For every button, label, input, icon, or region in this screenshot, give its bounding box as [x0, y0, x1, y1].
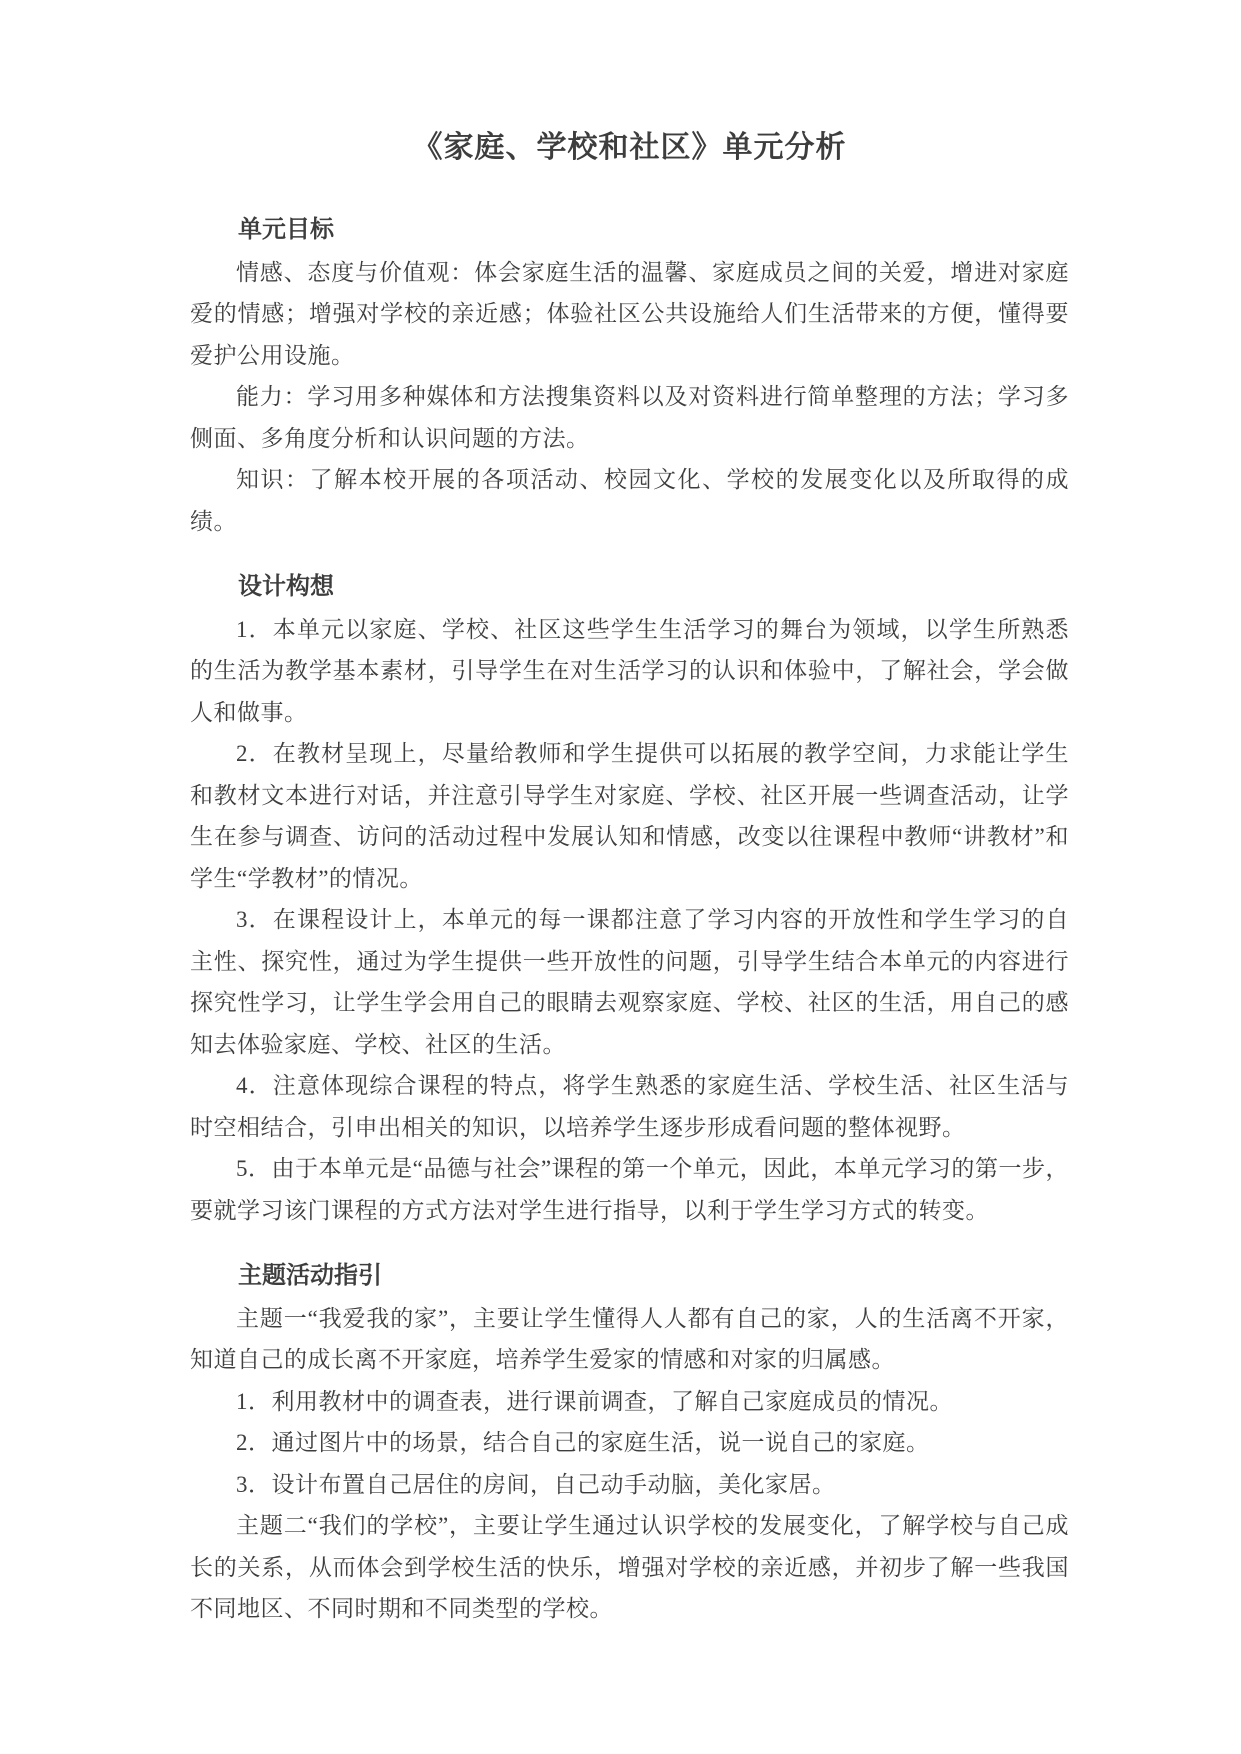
paragraph-design-2: 2．在教材呈现上，尽量给教师和学生提供可以拓展的教学空间，力求能让学生和教材文本… — [190, 733, 1069, 899]
paragraph-theme-2-intro: 主题二“我们的学校”，主要让学生通过认识学校的发展变化，了解学校与自己成长的关系… — [190, 1505, 1069, 1630]
paragraph-theme-1-item-1: 1．利用教材中的调查表，进行课前调查，了解自己家庭成员的情况。 — [190, 1381, 1069, 1423]
paragraph-affect-values: 情感、态度与价值观：体会家庭生活的温馨、家庭成员之间的关爱，增进对家庭爱的情感；… — [190, 252, 1069, 377]
paragraph-design-5: 5．由于本单元是“品德与社会”课程的第一个单元，因此，本单元学习的第一步，要就学… — [190, 1148, 1069, 1231]
document-page: 《家庭、学校和社区》单元分析 单元目标 情感、态度与价值观：体会家庭生活的温馨、… — [0, 0, 1241, 1754]
paragraph-theme-1-item-3: 3．设计布置自己居住的房间，自己动手动脑，美化家居。 — [190, 1464, 1069, 1506]
paragraph-theme-1-intro: 主题一“我爱我的家”，主要让学生懂得人人都有自己的家，人的生活离不开家，知道自己… — [190, 1298, 1069, 1381]
section-design-concept: 设计构想 1．本单元以家庭、学校、社区这些学生生活学习的舞台为领域，以学生所熟悉… — [190, 567, 1069, 1231]
section-theme-activity-guide: 主题活动指引 主题一“我爱我的家”，主要让学生懂得人人都有自己的家，人的生活离不… — [190, 1256, 1069, 1630]
section-unit-goals: 单元目标 情感、态度与价值观：体会家庭生活的温馨、家庭成员之间的关爱，增进对家庭… — [190, 210, 1069, 542]
paragraph-theme-1-item-2: 2．通过图片中的场景，结合自己的家庭生活，说一说自己的家庭。 — [190, 1422, 1069, 1464]
document-title: 《家庭、学校和社区》单元分析 — [190, 126, 1069, 170]
paragraph-ability: 能力：学习用多种媒体和方法搜集资料以及对资料进行简单整理的方法；学习多侧面、多角… — [190, 376, 1069, 459]
paragraph-design-1: 1．本单元以家庭、学校、社区这些学生生活学习的舞台为领域，以学生所熟悉的生活为教… — [190, 609, 1069, 734]
section-heading-theme-activity-guide: 主题活动指引 — [190, 1256, 1069, 1298]
section-heading-unit-goals: 单元目标 — [190, 210, 1069, 252]
section-heading-design-concept: 设计构想 — [190, 567, 1069, 609]
paragraph-design-3: 3．在课程设计上，本单元的每一课都注意了学习内容的开放性和学生学习的自主性、探究… — [190, 899, 1069, 1065]
paragraph-design-4: 4．注意体现综合课程的特点，将学生熟悉的家庭生活、学校生活、社区生活与时空相结合… — [190, 1065, 1069, 1148]
paragraph-knowledge: 知识：了解本校开展的各项活动、校园文化、学校的发展变化以及所取得的成绩。 — [190, 459, 1069, 542]
